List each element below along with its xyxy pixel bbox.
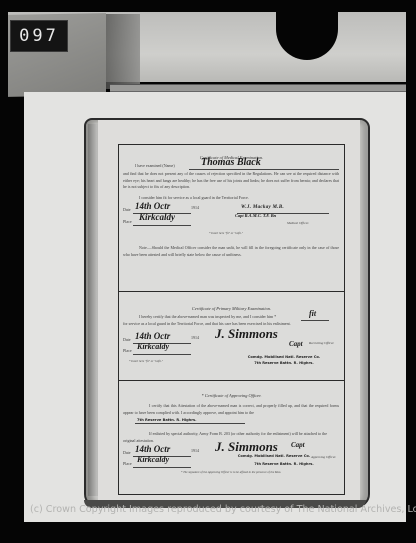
date-label: Date xyxy=(123,450,131,457)
medical-body-text: and find that he does not present any of… xyxy=(123,171,339,191)
approving-date: 14th Octr xyxy=(135,444,170,454)
scanner-rail xyxy=(110,84,406,92)
recruiting-officer-label: Recruiting Officer. xyxy=(309,341,334,345)
medical-officer-rank: Capt R.A.M.C. T.F. Bn xyxy=(235,213,276,218)
copyright-watermark: (c) Crown Copyright Images reproduced by… xyxy=(30,504,390,515)
place-label: Place xyxy=(123,461,132,468)
recruiting-officer-signature: J. Simmons xyxy=(215,326,278,342)
examined-label: I have examined (Name) xyxy=(135,163,175,170)
approving-body-text: I certify that this Attestation of the a… xyxy=(123,403,339,416)
medical-officer-label: Medical Officer. xyxy=(287,221,309,225)
approving-footnote: * The signature of the Approving Officer… xyxy=(123,470,339,474)
primary-examination-section: Certificate of Primary Military Examinat… xyxy=(119,292,344,381)
approving-year: 1914 xyxy=(191,448,199,455)
approving-place: Kirkcaldy xyxy=(137,455,169,464)
primary-place: Kirkcaldy xyxy=(137,342,169,351)
medical-officer-signature: W.J. Mackay M.B. xyxy=(241,205,284,210)
medical-date: 14th Octr xyxy=(135,201,170,211)
date-label: Date xyxy=(123,207,131,214)
approving-officer-title: * Certificate of Approving Officer. xyxy=(119,393,344,398)
primary-stamp-line-2: 7th Reserve Battn. R. Highrs. xyxy=(239,361,329,365)
attestation-form: Certificate of Medical Examination. I ha… xyxy=(118,144,345,495)
medical-insert-note: * Insert here "fit" or "unfit." xyxy=(209,231,243,235)
primary-fit-value: fit xyxy=(309,309,316,318)
medical-year: 1914 xyxy=(191,205,199,212)
primary-year: 1914 xyxy=(191,335,199,342)
medical-place: Kirkcaldy xyxy=(139,212,175,222)
approving-officer-signature: J. Simmons xyxy=(215,439,278,455)
medical-certificate-section: Certificate of Medical Examination. I ha… xyxy=(119,145,344,292)
primary-stamp-line-1: Comdg. Mobilised Natl. Reserve Co. xyxy=(239,355,329,359)
binding-shadow xyxy=(100,14,140,89)
primary-insert-note: * Insert here "fit" or "unfit." xyxy=(129,359,163,363)
recruit-name: Thomas Black xyxy=(201,157,261,168)
approving-stamp-line-1: Comdg. Mobilised Natl. Reserve Co. xyxy=(229,454,319,458)
place-label: Place xyxy=(123,219,132,226)
date-label: Date xyxy=(123,337,131,344)
recruiting-officer-rank: Capt xyxy=(289,340,303,348)
approving-unit-stamp: 7th Reserve Battn. R. Highrs. xyxy=(137,418,197,422)
frame-counter: 097 xyxy=(10,20,68,52)
approving-officer-section: * Certificate of Approving Officer. I ce… xyxy=(119,381,344,494)
primary-body-text-1: I hereby certify that the above-named ma… xyxy=(123,314,303,321)
medical-unfit-note: Note.—Should the Medical Officer conside… xyxy=(123,245,339,258)
approving-officer-rank: Capt xyxy=(291,441,305,449)
primary-date: 14th Octr xyxy=(135,331,170,341)
place-label: Place xyxy=(123,348,132,355)
approving-stamp-line-2: 7th Reserve Battn. R. Highrs. xyxy=(239,462,329,466)
